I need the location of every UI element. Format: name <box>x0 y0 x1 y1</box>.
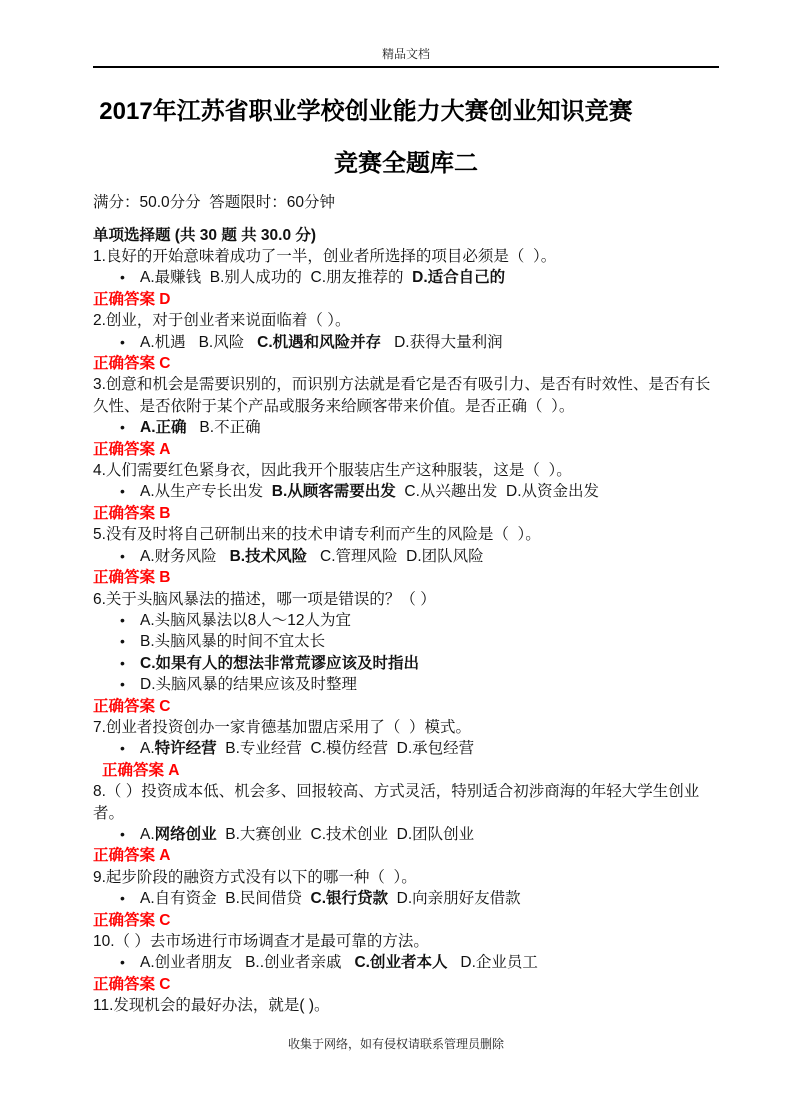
option-text: A.创业者朋友 B..创业者亲戚 C.创业者本人 D.企业员工 <box>140 952 538 973</box>
option-text: A.特许经营 B.专业经营 C.模仿经营 D.承包经营 <box>140 738 474 759</box>
option-text: A.机遇 B.风险 C.机遇和风险并存 D.获得大量利润 <box>140 332 503 353</box>
option-text: A.头脑风暴法以8人～12人为宜 <box>140 610 351 631</box>
correct-answer-line: 正确答案 A <box>93 760 719 781</box>
bullet-icon: • <box>120 610 140 631</box>
correct-answer-line: 正确答案 B <box>93 503 719 524</box>
option-line: •A.头脑风暴法以8人～12人为宜 <box>93 610 719 631</box>
exam-meta: 满分：50.0分分 答题限时：60分钟 <box>93 192 719 213</box>
bullet-icon: • <box>120 546 140 567</box>
bullet-icon: • <box>120 481 140 502</box>
question-text: 4.人们需要红色紧身衣，因此我开个服装店生产这种服装，这是（ ）。 <box>93 460 719 481</box>
option-line: •A.从生产专长出发 B.从顾客需要出发 C.从兴趣出发 D.从资金出发 <box>93 481 719 502</box>
question-text: 10.（ ）去市场进行市场调查才是最可靠的方法。 <box>93 931 719 952</box>
correct-answer-line: 正确答案 C <box>93 696 719 717</box>
correct-answer-line: 正确答案 A <box>93 845 719 866</box>
option-text: A.财务风险 B.技术风险 C.管理风险 D.团队风险 <box>140 546 484 567</box>
question-text: 6.关于头脑风暴法的描述，哪一项是错误的？（ ） <box>93 589 719 610</box>
bullet-icon: • <box>120 653 140 674</box>
correct-answer-line: 正确答案 C <box>93 910 719 931</box>
option-line: •A.特许经营 B.专业经营 C.模仿经营 D.承包经营 <box>93 738 719 759</box>
bullet-icon: • <box>120 417 140 438</box>
question-text: 5.没有及时将自己研制出来的技术申请专利而产生的风险是（ ）。 <box>93 524 719 545</box>
section-heading: 单项选择题 (共 30 题 共 30.0 分) <box>93 225 719 246</box>
bullet-icon: • <box>120 267 140 288</box>
question-text: 2.创业，对于创业者来说面临着（ ）。 <box>93 310 719 331</box>
option-text: A.正确 B.不正确 <box>140 417 261 438</box>
question-text: 9.起步阶段的融资方式没有以下的哪一种（ ）。 <box>93 867 719 888</box>
option-line: •A.网络创业 B.大赛创业 C.技术创业 D.团队创业 <box>93 824 719 845</box>
bullet-icon: • <box>120 888 140 909</box>
doc-title: 2017年江苏省职业学校创业能力大赛创业知识竞赛 <box>93 96 639 128</box>
header-divider <box>93 66 719 68</box>
question-text: 3.创意和机会是需要识别的，而识别方法就是看它是否有吸引力、是否有时效性、是否有… <box>93 374 719 417</box>
option-text: A.从生产专长出发 B.从顾客需要出发 C.从兴趣出发 D.从资金出发 <box>140 481 599 502</box>
option-text: A.网络创业 B.大赛创业 C.技术创业 D.团队创业 <box>140 824 474 845</box>
correct-answer-line: 正确答案 D <box>93 289 719 310</box>
option-line: •A.创业者朋友 B..创业者亲戚 C.创业者本人 D.企业员工 <box>93 952 719 973</box>
option-line: •A.财务风险 B.技术风险 C.管理风险 D.团队风险 <box>93 546 719 567</box>
page-footer: 收集于网络，如有侵权请联系管理员删除 <box>0 1036 792 1052</box>
option-line: •A.正确 B.不正确 <box>93 417 719 438</box>
option-text: B.头脑风暴的时间不宜太长 <box>140 631 325 652</box>
page-header: 精品文档 <box>93 0 719 68</box>
document-page: 精品文档 2017年江苏省职业学校创业能力大赛创业知识竞赛 竞赛全题库二 满分：… <box>0 0 792 1120</box>
option-line: •A.机遇 B.风险 C.机遇和风险并存 D.获得大量利润 <box>93 332 719 353</box>
option-text: A.自有资金 B.民间借贷 C.银行贷款 D.向亲朋好友借款 <box>140 888 521 909</box>
question-text: 11.发现机会的最好办法，就是( )。 <box>93 995 719 1016</box>
bullet-icon: • <box>120 332 140 353</box>
option-text: A.最赚钱 B.别人成功的 C.朋友推荐的 D.适合自己的 <box>140 267 505 288</box>
correct-answer-line: 正确答案 C <box>93 353 719 374</box>
doc-subtitle: 竞赛全题库二 <box>93 148 719 180</box>
bullet-icon: • <box>120 952 140 973</box>
option-line: •C.如果有人的想法非常荒谬应该及时指出 <box>93 653 719 674</box>
correct-answer-line: 正确答案 C <box>93 974 719 995</box>
question-text: 7.创业者投资创办一家肯德基加盟店采用了（ ）模式。 <box>93 717 719 738</box>
correct-answer-line: 正确答案 A <box>93 439 719 460</box>
header-watermark: 精品文档 <box>93 46 719 62</box>
correct-answer-line: 正确答案 B <box>93 567 719 588</box>
option-line: •A.最赚钱 B.别人成功的 C.朋友推荐的 D.适合自己的 <box>93 267 719 288</box>
question-list: 1.良好的开始意味着成功了一半，创业者所选择的项目必须是（ ）。•A.最赚钱 B… <box>93 246 719 1017</box>
option-text: D.头脑风暴的结果应该及时整理 <box>140 674 357 695</box>
question-text: 8.（ ）投资成本低、机会多、回报较高、方式灵活，特别适合初涉商海的年轻大学生创… <box>93 781 719 824</box>
question-text: 1.良好的开始意味着成功了一半，创业者所选择的项目必须是（ ）。 <box>93 246 719 267</box>
bullet-icon: • <box>120 674 140 695</box>
option-text: C.如果有人的想法非常荒谬应该及时指出 <box>140 653 419 674</box>
option-line: •A.自有资金 B.民间借贷 C.银行贷款 D.向亲朋好友借款 <box>93 888 719 909</box>
option-line: •D.头脑风暴的结果应该及时整理 <box>93 674 719 695</box>
option-line: •B.头脑风暴的时间不宜太长 <box>93 631 719 652</box>
bullet-icon: • <box>120 824 140 845</box>
bullet-icon: • <box>120 631 140 652</box>
bullet-icon: • <box>120 738 140 759</box>
